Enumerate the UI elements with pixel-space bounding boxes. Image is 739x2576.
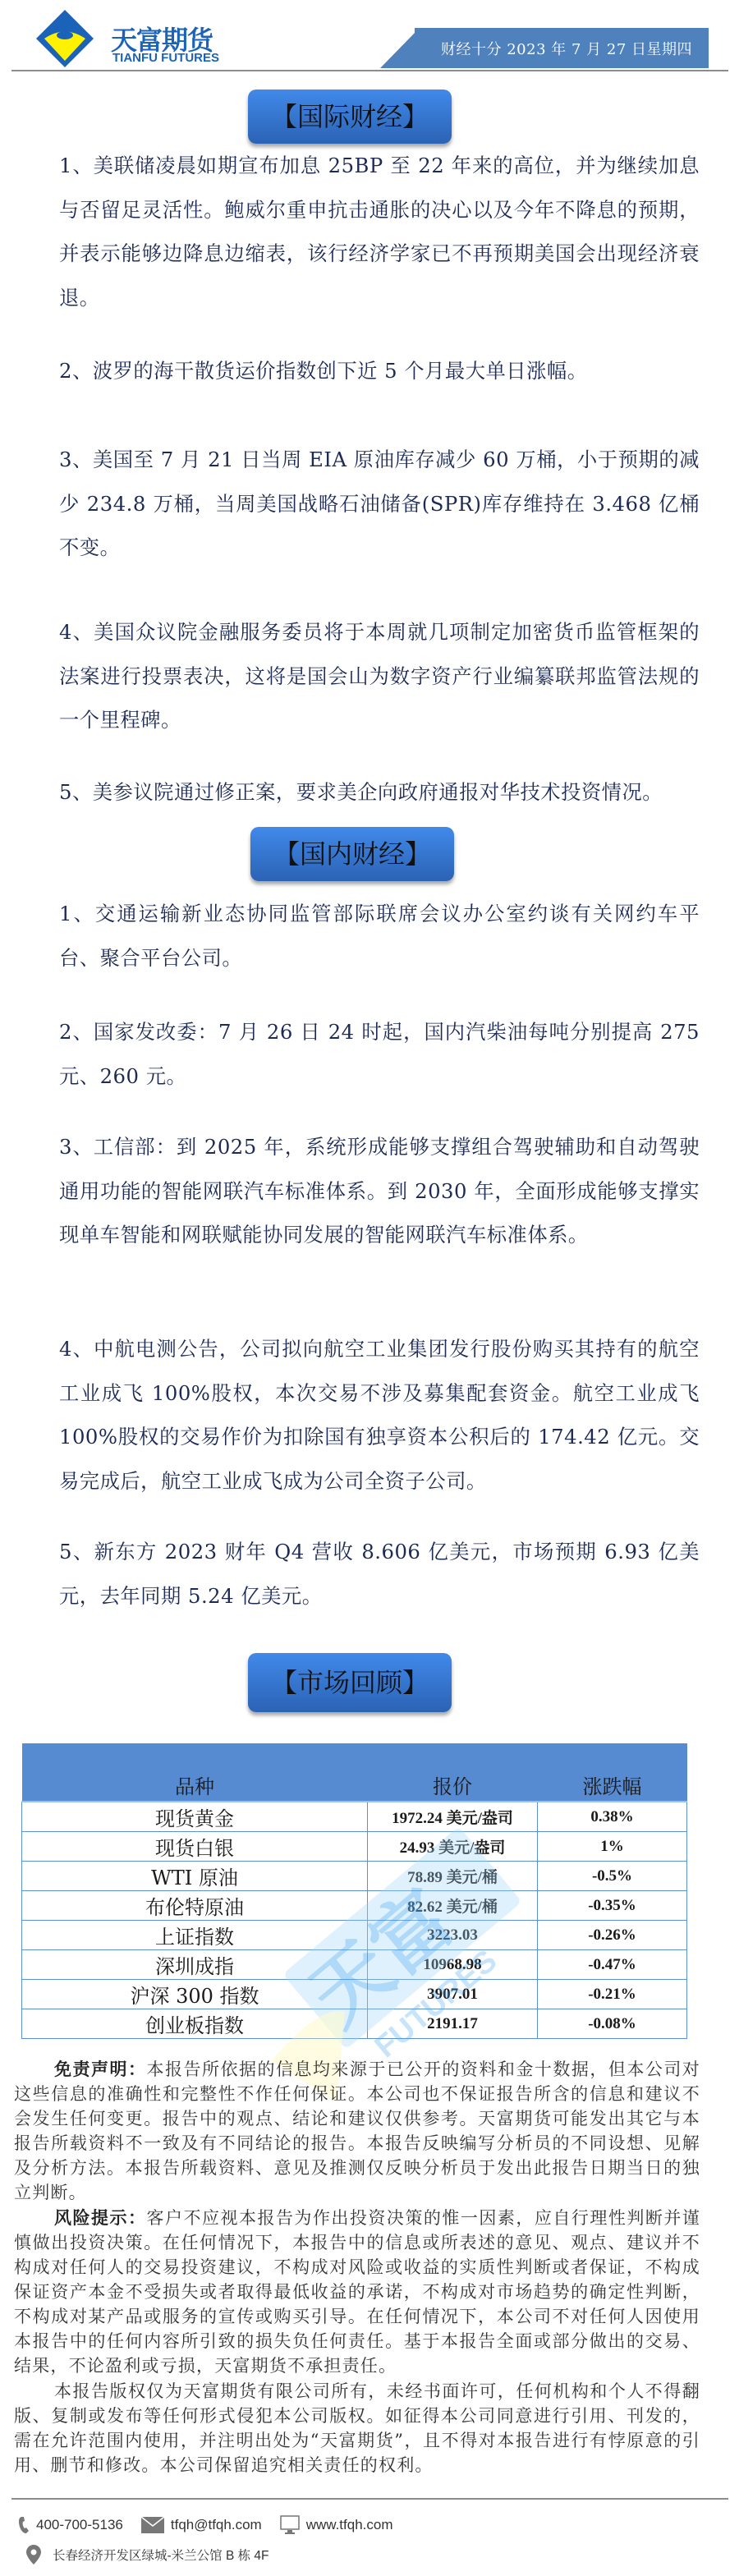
table-row: 创业板指数 2191.17 -0.08% — [22, 2009, 687, 2039]
address-row: 长春经济开发区绿城-米兰公馆 B 栋 4F — [26, 2545, 269, 2565]
monitor-icon — [280, 2515, 300, 2535]
instrument-name: WTI 原油 — [22, 1862, 368, 1891]
email-address[interactable]: tfqh@tfqh.com — [171, 2517, 262, 2533]
table-row: 布伦特原油 82.62 美元/桶 -0.35% — [22, 1891, 687, 1921]
header-divider — [11, 70, 728, 71]
logo-english-name: TIANFU FUTURES — [112, 51, 219, 65]
risk-paragraph: 风险提示：客户不应视本报告为作出投资决策的惟一因素，应自行理性判断并谨慎做出投资… — [14, 2206, 700, 2378]
website-link[interactable]: www.tfqh.com — [306, 2517, 393, 2533]
copyright-paragraph: 本报告版权仅为天富期货有限公司所有，未经书面许可，任何机构和个人不得翻版、复制或… — [14, 2379, 700, 2477]
instrument-name: 布伦特原油 — [22, 1891, 368, 1921]
contact-website: www.tfqh.com — [280, 2515, 393, 2535]
table-row: 深圳成指 10968.98 -0.47% — [22, 1950, 687, 1980]
section-title-international: 【国际财经】 — [248, 90, 452, 144]
instrument-change: 0.38% — [538, 1802, 687, 1832]
contact-email: tfqh@tfqh.com — [141, 2517, 262, 2533]
instrument-price: 78.89 美元/桶 — [368, 1862, 538, 1891]
table-row: 沪深 300 指数 3907.01 -0.21% — [22, 1980, 687, 2009]
instrument-price: 82.62 美元/桶 — [368, 1891, 538, 1921]
instrument-change: -0.47% — [538, 1950, 687, 1980]
instrument-price: 10968.98 — [368, 1950, 538, 1980]
disclaimer-label: 免责声明： — [54, 2059, 146, 2079]
market-review-table: 品种 报价 涨跌幅 现货黄金 1972.24 美元/盎司 0.38% 现货白银 … — [21, 1743, 687, 2039]
news-item: 3、工信部：到 2025 年，系统形成能够支撑组合驾驶辅助和自动驾驶通用功能的智… — [59, 1125, 700, 1257]
column-header-price: 报价 — [368, 1743, 538, 1802]
disclaimer-text: 本报告所依据的信息均来源于已公开的资料和金十数据，但本公司对这些信息的准确性和完… — [14, 2059, 700, 2202]
instrument-change: -0.08% — [538, 2009, 687, 2039]
news-item: 5、美参议院通过修正案，要求美企向政府通报对华技术投资情况。 — [59, 770, 700, 815]
disclaimer-paragraph: 免责声明：本报告所依据的信息均来源于已公开的资料和金十数据，但本公司对这些信息的… — [14, 2057, 700, 2205]
table-row: 现货白银 24.93 美元/盎司 1% — [22, 1832, 687, 1862]
date-banner-text: 财经十分 2023 年 7 月 27 日星期四 — [441, 38, 692, 59]
news-item: 1、美联储凌晨如期宣布加息 25BP 至 22 年来的高位，并为继续加息与否留足… — [59, 144, 700, 319]
instrument-name: 上证指数 — [22, 1921, 368, 1950]
news-item: 4、美国众议院金融服务委员将于本周就几项制定加密货币监管框架的法案进行投票表决，… — [59, 610, 700, 742]
risk-text: 客户不应视本报告为作出投资决策的惟一因素，应自行理性判断并谨慎做出投资决策。在任… — [14, 2208, 700, 2376]
news-item: 5、新东方 2023 财年 Q4 营收 8.606 亿美元，市场预期 6.93 … — [59, 1530, 700, 1618]
logo-diamond-icon — [36, 10, 94, 67]
instrument-change: 1% — [538, 1832, 687, 1862]
news-item: 3、美国至 7 月 21 日当周 EIA 原油库存减少 60 万桶，小于预期的减… — [59, 438, 700, 570]
instrument-name: 现货黄金 — [22, 1802, 368, 1832]
table-row: 上证指数 3223.03 -0.26% — [22, 1921, 687, 1950]
table-row: 现货黄金 1972.24 美元/盎司 0.38% — [22, 1802, 687, 1832]
date-banner: 财经十分 2023 年 7 月 27 日星期四 — [380, 28, 709, 68]
column-header-change: 涨跌幅 — [538, 1743, 687, 1802]
news-item: 1、交通运输新业态协同监管部际联席会议办公室约谈有关网约车平台、聚合平台公司。 — [59, 892, 700, 980]
instrument-name: 现货白银 — [22, 1832, 368, 1862]
instrument-change: -0.21% — [538, 1980, 687, 2009]
section-title-domestic: 【国内财经】 — [250, 827, 454, 881]
risk-label: 风险提示： — [54, 2207, 146, 2228]
instrument-price: 3223.03 — [368, 1921, 538, 1950]
company-logo: 天富期货 TIANFU FUTURES — [33, 8, 279, 72]
mail-icon — [141, 2517, 164, 2533]
column-header-instrument: 品种 — [22, 1743, 368, 1802]
instrument-price: 3907.01 — [368, 1980, 538, 2009]
news-item: 2、国家发改委：7 月 26 日 24 时起，国内汽柴油每吨分别提高 275 元… — [59, 1010, 700, 1098]
contact-row: 400-700-5136 tfqh@tfqh.com www.tfqh.com — [18, 2515, 411, 2535]
instrument-price: 1972.24 美元/盎司 — [368, 1802, 538, 1832]
instrument-change: -0.5% — [538, 1862, 687, 1891]
table-header-row: 品种 报价 涨跌幅 — [22, 1743, 687, 1802]
instrument-price: 24.93 美元/盎司 — [368, 1832, 538, 1862]
table-row: WTI 原油 78.89 美元/桶 -0.5% — [22, 1862, 687, 1891]
news-item: 4、中航电测公告，公司拟向航空工业集团发行股份购买其持有的航空工业成飞 100%… — [59, 1327, 700, 1503]
contact-phone: 400-700-5136 — [18, 2516, 123, 2534]
news-item: 2、波罗的海干散货运价指数创下近 5 个月最大单日涨幅。 — [59, 349, 700, 393]
instrument-change: -0.26% — [538, 1921, 687, 1950]
section-title-market: 【市场回顾】 — [248, 1653, 452, 1712]
location-pin-icon — [26, 2545, 41, 2565]
instrument-name: 深圳成指 — [22, 1950, 368, 1980]
address-text: 长春经济开发区绿城-米兰公馆 B 栋 4F — [53, 2546, 269, 2564]
footer-divider — [11, 2498, 728, 2500]
phone-icon — [18, 2516, 30, 2534]
instrument-name: 沪深 300 指数 — [22, 1980, 368, 2009]
phone-number[interactable]: 400-700-5136 — [36, 2517, 123, 2533]
instrument-change: -0.35% — [538, 1891, 687, 1921]
instrument-price: 2191.17 — [368, 2009, 538, 2039]
instrument-name: 创业板指数 — [22, 2009, 368, 2039]
